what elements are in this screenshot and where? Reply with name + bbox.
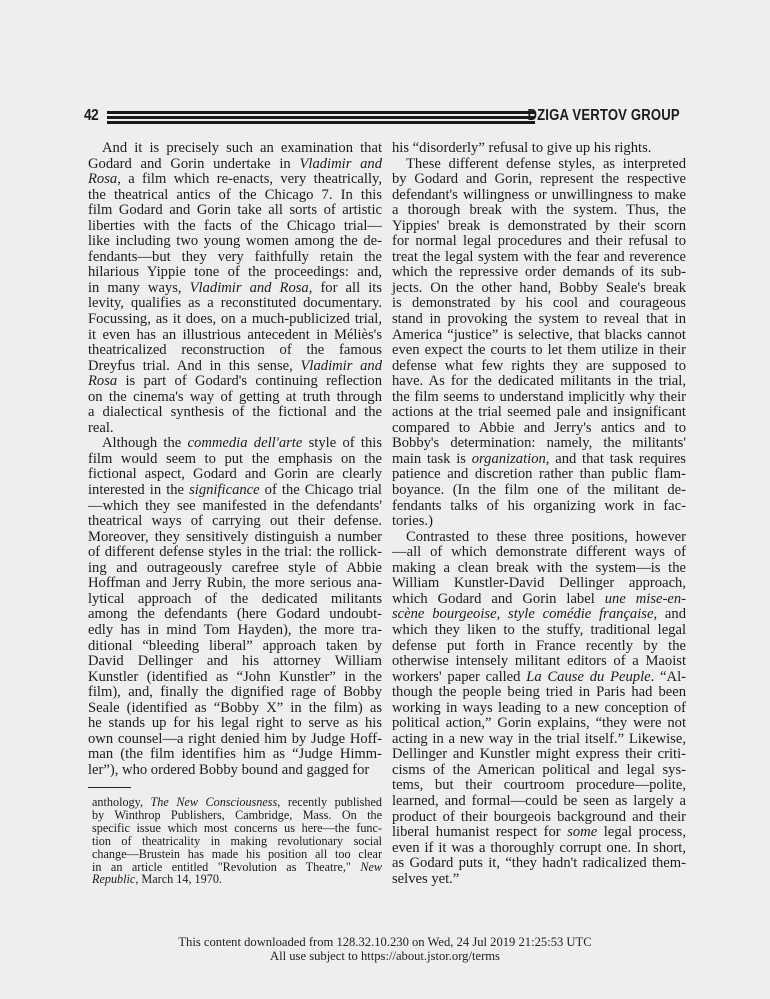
text-line: Moreover, they sensitively distinguish a… — [88, 530, 382, 546]
text-line: edly has in mind Tom Hayden), the more t… — [88, 623, 382, 639]
text-line: actions at the trial seemed pale and ins… — [392, 405, 686, 421]
text-line: is demonstrated by his cool and courageo… — [392, 296, 686, 312]
header-rule — [107, 121, 535, 124]
text-line: a thorough break with the system. Thus, … — [392, 203, 686, 219]
header-rule — [107, 116, 535, 119]
text-line: own counsel—a right denied him by Judge … — [88, 732, 382, 748]
text-line: William Kunstler-David Dellinger approac… — [392, 576, 686, 592]
text-line: which Godard and Gorin label une mise-en… — [392, 592, 686, 608]
paragraph: Although the commedia dell'arte style of… — [88, 436, 382, 778]
text-line: political action,” Gorin explains, “they… — [392, 716, 686, 732]
text-line: liberal humanist respect for some legal … — [392, 825, 686, 841]
text-line: even expect the courts to let them utili… — [392, 343, 686, 359]
text-line: film would seem to put the emphasis on t… — [88, 452, 382, 468]
text-line: Godard and Gorin undertake in Vladimir a… — [88, 157, 382, 173]
text-line: jects. On the other hand, Bobby Seale's … — [392, 281, 686, 297]
text-line: have. As for the dedicated militants in … — [392, 374, 686, 390]
text-line: David Dellinger and his attorney William — [88, 654, 382, 670]
text-line: defendant's willingness or unwillingness… — [392, 188, 686, 204]
text-line: Rosa, a film which re-enacts, very theat… — [88, 172, 382, 188]
text-line: by Godard and Gorin, represent the respe… — [392, 172, 686, 188]
text-line: hilarious Yippie tone of the proceedings… — [88, 265, 382, 281]
text-line: though the people being tried in Paris h… — [392, 685, 686, 701]
text-line: otherwise intensely militant editors of … — [392, 654, 686, 670]
text-line: in many ways, Vladimir and Rosa, for all… — [88, 281, 382, 297]
text-line: Seale (identified as “Bobby X” in the fi… — [88, 701, 382, 717]
text-line: among the defendants (here Godard undoub… — [88, 607, 382, 623]
text-line: which they liken to the stuffy, traditio… — [392, 623, 686, 639]
text-line: even if it was a thoroughly corrupt one.… — [392, 841, 686, 857]
text-line: the film seems to understand implicitly … — [392, 390, 686, 406]
text-line: tems, but their courtroom procedure—poli… — [392, 778, 686, 794]
text-line: Although the commedia dell'arte style of… — [88, 436, 382, 452]
paragraph: Contrasted to these three positions, how… — [392, 530, 686, 888]
text-line: Republic, March 14, 1970. — [92, 873, 382, 886]
text-line: specific issue which most concerns us he… — [92, 822, 382, 835]
text-line: fendants—but they very faithfully retain… — [88, 250, 382, 266]
text-line: Contrasted to these three positions, how… — [392, 530, 686, 546]
text-line: man (the film identifies him as “Judge H… — [88, 747, 382, 763]
text-line: Rosa is part of Godard's continuing refl… — [88, 374, 382, 390]
text-line: Bobby's determination: namely, the milit… — [392, 436, 686, 452]
text-line: the theatrical antics of the Chicago 7. … — [88, 188, 382, 204]
text-line: fictional aspect, Godard and Gorin are c… — [88, 467, 382, 483]
text-line: a dialectical synthesis of the fictional… — [88, 405, 382, 421]
footnote: anthology, The New Consciousness, recent… — [92, 796, 382, 886]
text-line: scène bourgeoise, style comédie français… — [392, 607, 686, 623]
text-line: product of their bourgeois background an… — [392, 810, 686, 826]
paragraph: These different defense styles, as inter… — [392, 157, 686, 530]
text-line: tion of theatricality in making revoluti… — [92, 835, 382, 848]
page-number: 42 — [84, 106, 98, 126]
text-line: lytical approach of the dedicated milita… — [88, 592, 382, 608]
text-line: by Winthrop Publishers, Cambridge, Mass.… — [92, 809, 382, 822]
footnote-separator — [88, 787, 131, 788]
text-line: acting in a new way in the trial itself.… — [392, 732, 686, 748]
text-line: Dellinger and Kunstler might express the… — [392, 747, 686, 763]
text-line: levity, qualifies as a reconstituted doc… — [88, 296, 382, 312]
text-line: of different defense styles in the trial… — [88, 545, 382, 561]
text-line: treat the legal system with the fear and… — [392, 250, 686, 266]
text-line: theatrical ways of carrying out their de… — [88, 514, 382, 530]
text-line: And it is precisely such an examination … — [88, 141, 382, 157]
text-line: which the repressive order demands of it… — [392, 265, 686, 281]
text-line: Focussing, as it does, on a much-publici… — [88, 312, 382, 328]
text-line: Kunstler (identified as “John Kunstler” … — [88, 670, 382, 686]
text-line: fendants talks of his organizing work in… — [392, 499, 686, 515]
text-line: as Godard puts it, “they hadn't radicali… — [392, 856, 686, 872]
text-line: learned, and formal—could be seen as lar… — [392, 794, 686, 810]
text-line: real. — [88, 421, 382, 437]
text-line: film), and, finally the dignified rage o… — [88, 685, 382, 701]
text-line: —which they see manifested in the defend… — [88, 499, 382, 515]
right-column: his “disorderly” refusal to give up his … — [392, 141, 686, 887]
text-line: it even has an illustrious antecedent in… — [88, 328, 382, 344]
text-line: boyance. (In the film one of the militan… — [392, 483, 686, 499]
text-line: anthology, The New Consciousness, recent… — [92, 796, 382, 809]
text-line: ler”), who ordered Bobby bound and gagge… — [88, 763, 382, 779]
text-line: tories.) — [392, 514, 686, 530]
text-line: workers' paper called La Cause du Peuple… — [392, 670, 686, 686]
text-line: cisms of the American political and lega… — [392, 763, 686, 779]
text-line: interested in the significance of the Ch… — [88, 483, 382, 499]
left-column: And it is precisely such an examination … — [88, 141, 382, 778]
text-line: stand in provoking the system to reveal … — [392, 312, 686, 328]
text-line: his “disorderly” refusal to give up his … — [392, 141, 686, 157]
running-title: DZIGA VERTOV GROUP — [528, 106, 680, 126]
text-line: America “justice” is selective, that bla… — [392, 328, 686, 344]
text-line: liberties with the facts of the Chicago … — [88, 219, 382, 235]
text-line: ditional “bleeding liberal” approach tak… — [88, 639, 382, 655]
text-line: like including two young women among the… — [88, 234, 382, 250]
page-header: 42 DZIGA VERTOV GROUP — [84, 106, 680, 126]
text-line: on the cinema's way of getting at truth … — [88, 390, 382, 406]
paragraph: And it is precisely such an examination … — [88, 141, 382, 436]
paragraph: his “disorderly” refusal to give up his … — [392, 141, 686, 157]
text-line: Hoffman and Jerry Rubin, the more seriou… — [88, 576, 382, 592]
terms-notice: All use subject to https://about.jstor.o… — [0, 950, 770, 964]
text-line: working in ways leading to a new concept… — [392, 701, 686, 717]
text-line: main task is organization, and that task… — [392, 452, 686, 468]
text-line: Yippies' break is demonstrated by their … — [392, 219, 686, 235]
download-notice: This content downloaded from 128.32.10.2… — [0, 936, 770, 950]
text-line: making a clean break with the system—is … — [392, 561, 686, 577]
text-line: ing and outrageously carefree style of A… — [88, 561, 382, 577]
text-line: defense what few rights they are suppose… — [392, 359, 686, 375]
text-line: defense put forth in France recently by … — [392, 639, 686, 655]
text-line: selves yet.” — [392, 872, 686, 888]
text-line: he stands up for his legal right to serv… — [88, 716, 382, 732]
text-line: Dreyfus trial. And in this sense, Vladim… — [88, 359, 382, 375]
jstor-footer: This content downloaded from 128.32.10.2… — [0, 936, 770, 963]
text-line: patience and discretion rather than publ… — [392, 467, 686, 483]
text-line: change—Brustein has made his position al… — [92, 848, 382, 861]
text-line: for normal legal procedures and their re… — [392, 234, 686, 250]
header-rule — [107, 111, 535, 114]
text-line: These different defense styles, as inter… — [392, 157, 686, 173]
text-line: compared to Abbie and Jerry's antics and… — [392, 421, 686, 437]
text-line: film Godard and Gorin take all sorts of … — [88, 203, 382, 219]
text-line: —all of which demonstrate different ways… — [392, 545, 686, 561]
text-line: theatricalized reconstruction of the fam… — [88, 343, 382, 359]
